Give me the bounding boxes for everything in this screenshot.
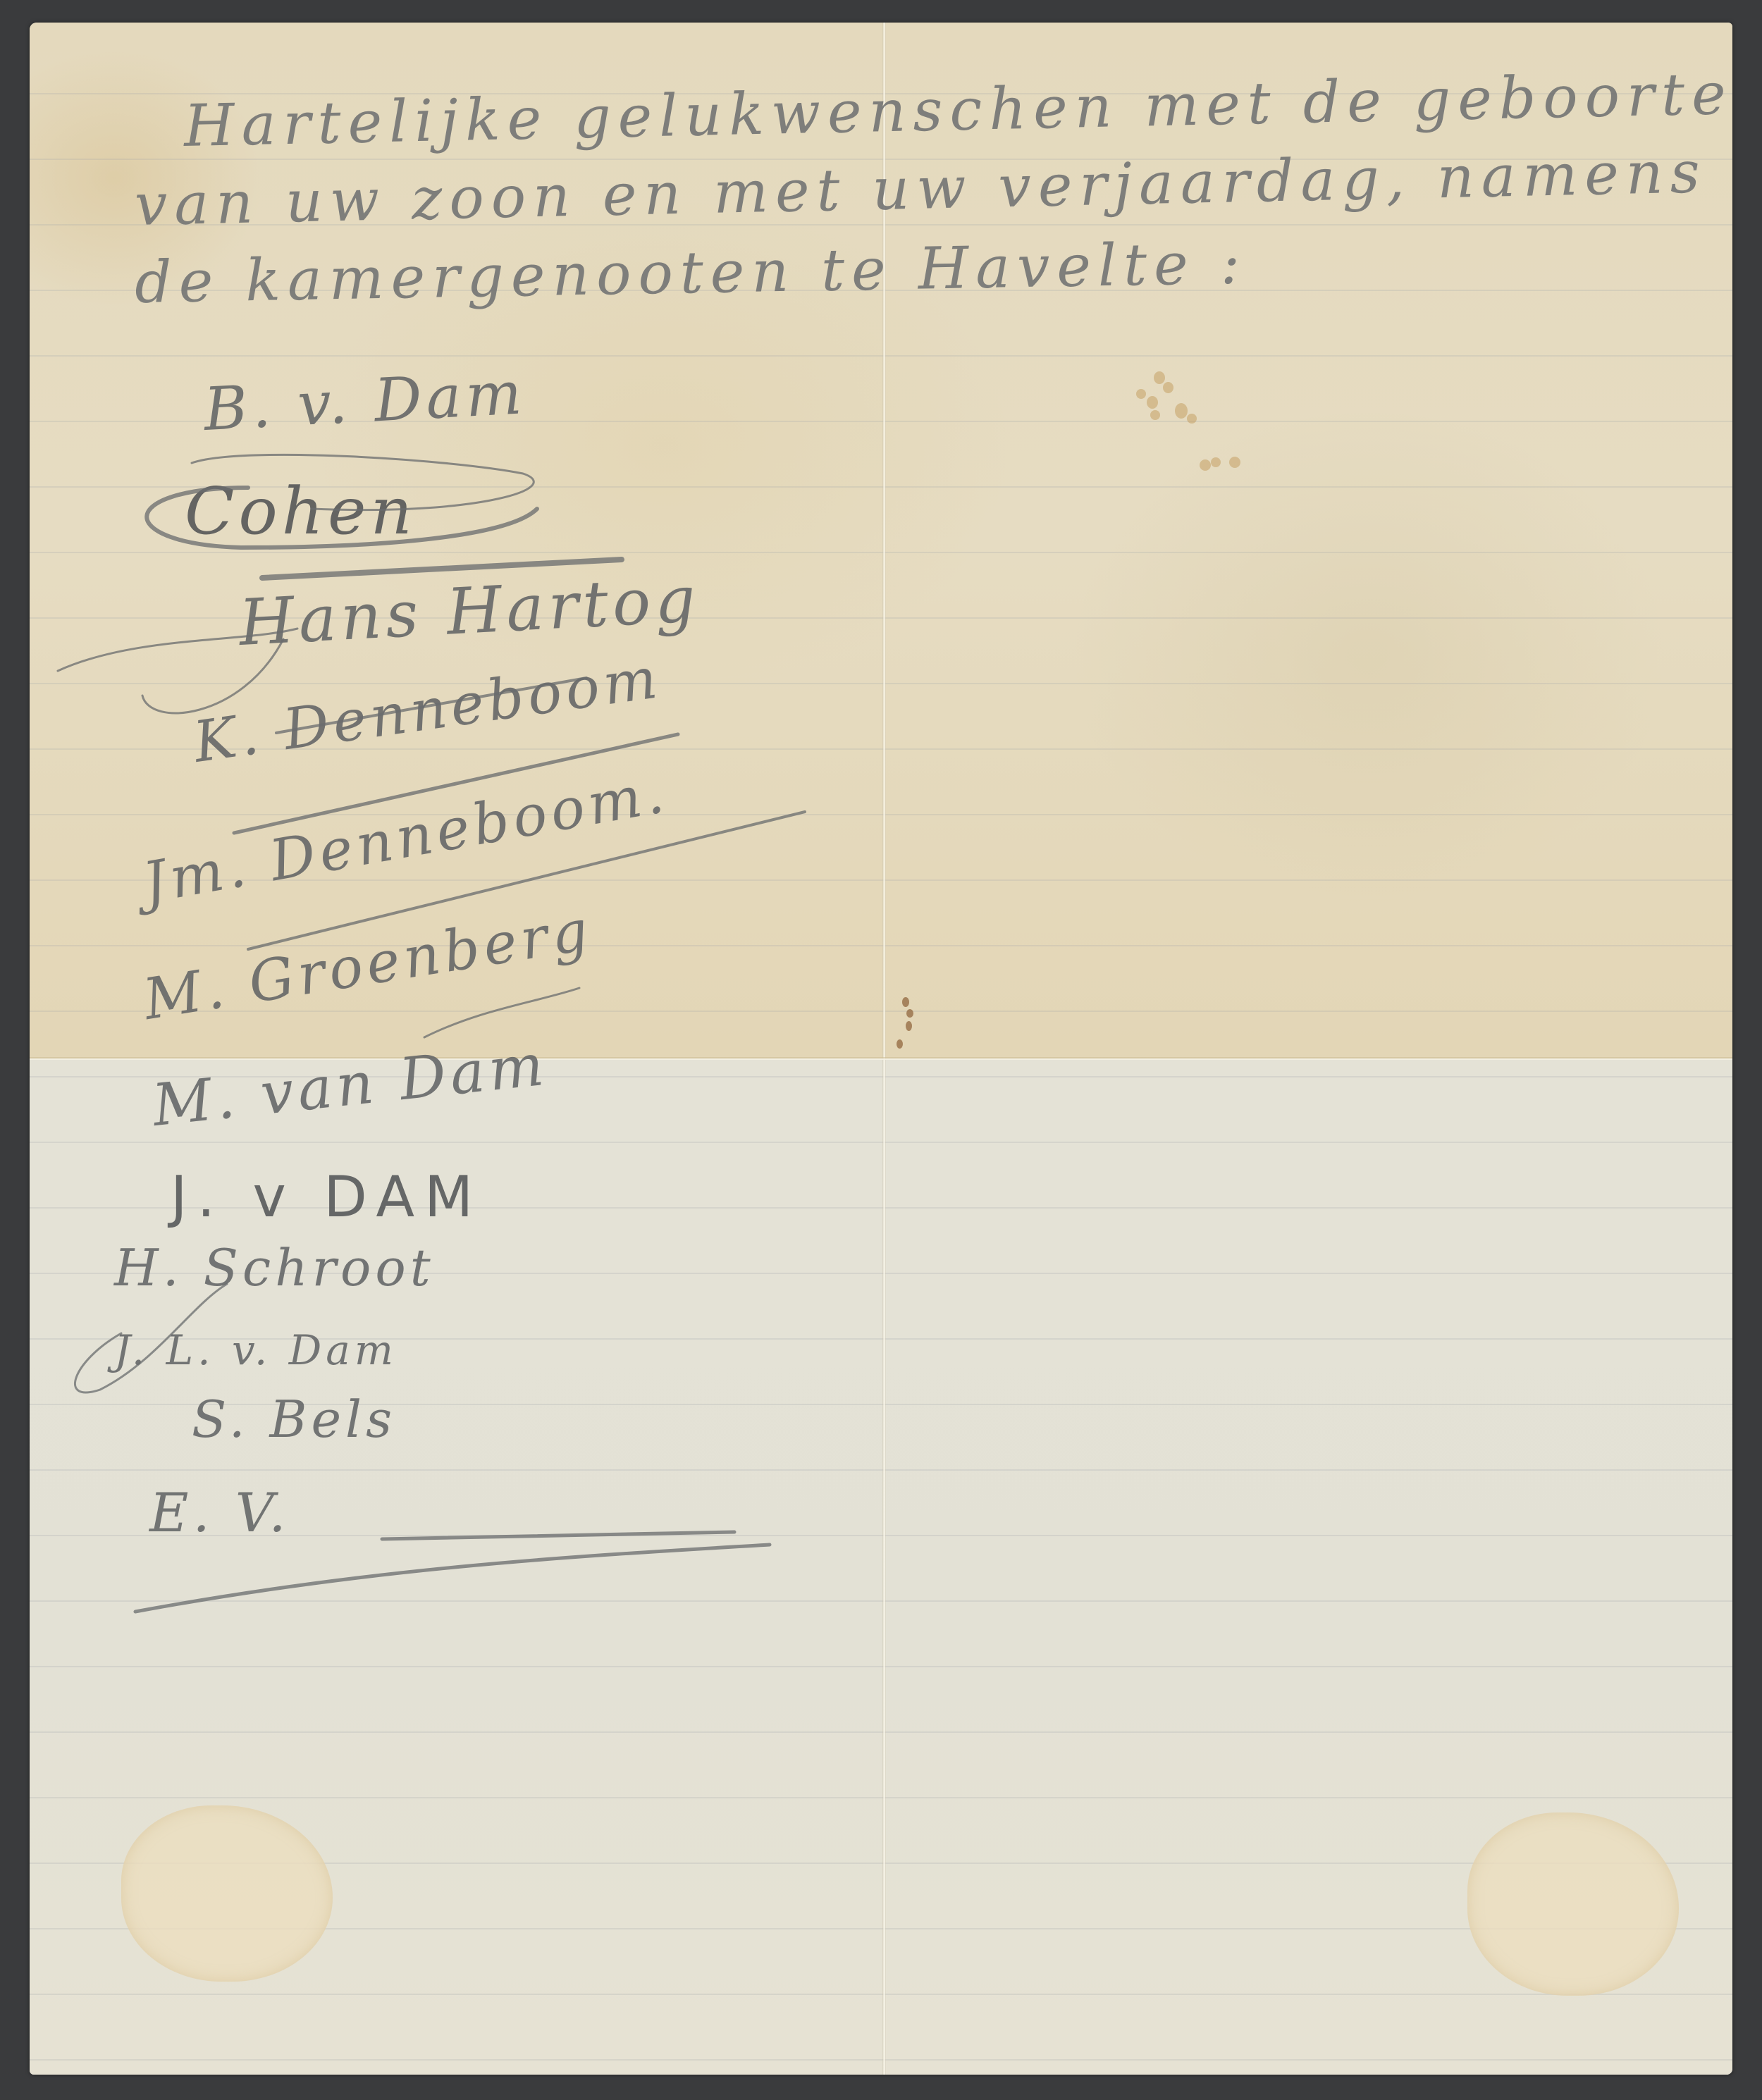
letter-sheet: Hartelijke gelukwenschen met de geboorte…	[30, 23, 1732, 2075]
signature-flourishes	[30, 23, 1732, 2075]
